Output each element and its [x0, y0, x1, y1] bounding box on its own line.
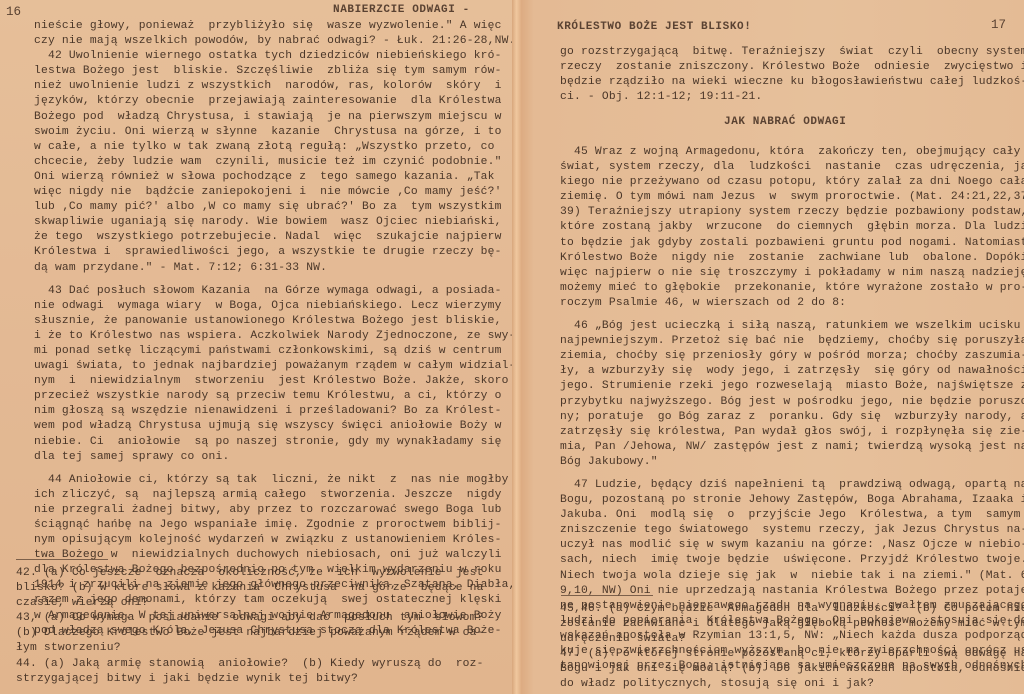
study-questions: 42. (a) Co jeszcze oznacza okoliczność, … [16, 566, 484, 687]
text-line: 45,46. (a) Czym będzie Armagedon dla lud… [560, 602, 1024, 617]
text-line: nie odwagi wymaga wiary w Boga, Ojca nie… [34, 299, 516, 314]
text-line: nym i niewidzialnym stworzeniu jest Król… [34, 374, 516, 389]
text-line: go rozstrzygającą bitwę. Teraźniejszy św… [560, 45, 1024, 60]
text-line: lub ‚Co mamy pić?' albo ‚W co mamy się u… [34, 200, 516, 215]
text-line: kiego nie przeżywano od czasu potopu, kt… [560, 175, 1024, 190]
text-line: zniszczenie tego światowego systemu rzec… [560, 523, 1024, 538]
text-line: Niech twoja wola dzieje się jak w niebie… [560, 569, 1024, 584]
text-line: nim głoszą są wszędzie nienawidzeni i pr… [34, 404, 516, 419]
text-line: w całe, a nie tylko w tak zwaną złotą re… [34, 140, 516, 155]
text-line: (b) Dlaczego Królestwo Boże jest najbard… [16, 626, 484, 641]
right-page: KRÓLESTWO BOŻE JEST BLISKO! 17 go rozstr… [516, 0, 1024, 694]
body-text: nieście głowy, ponieważ przybliżyło się … [34, 19, 516, 639]
text-line: zostanie zachwiane i dlatego jaką głębok… [560, 617, 1024, 632]
text-line: ściągnąć hańbę na Jego wspaniałe imię. Z… [34, 518, 516, 533]
text-line: 43, (a) Co wymaga posiadanie odwagi aby … [16, 611, 484, 626]
text-line: Bogu i jak oni się modlą? (b) Do jakich … [560, 662, 1024, 677]
text-line: Jakuba. Oni modlą się o przyjście Jego K… [560, 508, 1024, 523]
text-line: które zostaną jakby wrzucone do ciemnych… [560, 220, 1024, 235]
text-line: przecież wszystkie narody są przeciw tem… [34, 389, 516, 404]
text-line: ich zliczyć, są najlepszą armią całego s… [34, 488, 516, 503]
text-line: 47. (a) Po której stronie pozostaną ci, … [560, 647, 1024, 662]
text-line: łym stworzeniu? [16, 641, 484, 656]
text-line: 9,10, NW) Oni nie uprzedzają nastania Kr… [560, 584, 1024, 599]
text-line: słusznie, że panowanie ustanowionego Kró… [34, 314, 516, 329]
footnote-divider [561, 595, 653, 596]
text-line: uwagi świata, to jednak najbardziej powa… [34, 359, 516, 374]
page-number: 16 [6, 5, 21, 19]
text-line: więc najpierw o nie się troszczymy i pok… [560, 266, 1024, 281]
text-line: nieście głowy, ponieważ przybliżyło się … [34, 19, 516, 34]
text-line: jego. Strumienie rzeki jego rozweselają … [560, 379, 1024, 394]
text-line: skwapliwie uganiają się narody. Wie bowi… [34, 215, 516, 230]
text-line: 46 „Bóg jest ucieczką i siłą naszą, ratu… [560, 319, 1024, 334]
text-line: zatrzęsły się królestwa, Pan wydał głos … [560, 425, 1024, 440]
text-line: ziemia, choćby się przeniosły góry w poś… [560, 349, 1024, 364]
text-line: najpewniejszym. Przetoż się bać nie będz… [560, 334, 1024, 349]
text-line: mia, Pan /Jehowa, NW/ zastępów jest z na… [560, 440, 1024, 455]
text-line: przybytku najwyższego. Bóg jest w pośrod… [560, 395, 1024, 410]
text-line: ny; poratuje go Bóg zaraz z poranku. Gdy… [560, 410, 1024, 425]
text-line: czy nie mają wszelkich powodów, by nabra… [34, 34, 516, 49]
text-line: uczył nas modlić się w swym kazaniu na g… [560, 538, 1024, 553]
text-line: nież uwolnienie ludzi z wszystkich narod… [34, 79, 516, 94]
text-line: lestwa Bożego jest bliskie. Szczęśliwie … [34, 64, 516, 79]
text-line: dą wam przydane." - Mat. 7:12; 6:31-33 N… [34, 261, 516, 276]
binding-gutter [512, 0, 522, 694]
text-line: języków, którzy obecnie przejawiają zain… [34, 94, 516, 109]
text-line: Oni wierzą również w słowa pochodzące z … [34, 170, 516, 185]
text-line: chcecie, żeby ludzie wam czynili, musici… [34, 155, 516, 170]
section-title: JAK NABRAĆ ODWAGI [724, 116, 846, 128]
text-line: czasie, wierzą oni? [16, 596, 484, 611]
text-line: Bożego pod władzą Chrystusa, i stawiają … [34, 110, 516, 125]
text-line: 47 Ludzie, będący dziś napełnieni tą pra… [560, 478, 1024, 493]
text-line [560, 470, 1024, 478]
left-page: 16 NABIERZCIE ODWAGI - nieście głowy, po… [0, 0, 516, 694]
text-line: rzeczy zostanie zniszczony. Królestwo Bo… [560, 60, 1024, 75]
text-line: strzygającej bitwy i jaki będzie wynik t… [16, 672, 484, 687]
text-line: ły, a wzburzyły się wody jego, i zatrzęs… [560, 364, 1024, 379]
text-line: do władz politycznych, stosują się oni i… [560, 677, 1024, 692]
page-number: 17 [991, 18, 1006, 32]
text-line: nym opisującym kolejność wydarzeń w zwią… [34, 533, 516, 548]
text-line: sach, niech imię twoje będzie uświęcone.… [560, 553, 1024, 568]
text-line: udręczeniu świata? [560, 632, 1024, 647]
text-line: mi ponad setkę liczącymi państwami człon… [34, 344, 516, 359]
text-line [34, 465, 516, 473]
text-line: 42 Uwolnienie wiernego ostatka tych dzie… [34, 49, 516, 64]
text-line: ziemię. O tym mówi nam Jezus w swym pror… [560, 190, 1024, 205]
text-line: to będzie jak gdyby zostali pozbawieni g… [560, 236, 1024, 251]
text-line [560, 311, 1024, 319]
text-line: będzie rządziło na wieki wieczne ku błog… [560, 75, 1024, 90]
text-line: więc nigdy nie bądźcie zaniepokojeni i n… [34, 185, 516, 200]
text-line: nie przegrali żadnej bitwy, aby przez to… [34, 503, 516, 518]
text-line: twa Bożego w niewidzialnych duchowych ni… [34, 548, 516, 563]
text-line: i że to Królestwo nas wspiera. Aczkolwie… [34, 329, 516, 344]
text-line: roczym Psalmie 46, w wierszach od 2 do 8… [560, 296, 1024, 311]
text-line: możemy mieć to głębokie przekonanie, któ… [560, 281, 1024, 296]
text-line: 44. (a) Jaką armię stanowią aniołowie? (… [16, 657, 484, 672]
text-line: swoim życiu. Oni wierzą w słynne kazanie… [34, 125, 516, 140]
text-line: że tego wszystkiego potrzebujecie. Nadal… [34, 230, 516, 245]
intro-text: go rozstrzygającą bitwę. Teraźniejszy św… [560, 45, 1024, 105]
text-line: Królestwa i sprawiedliwości jego, a wszy… [34, 245, 516, 260]
text-line: blisko? (b) W które słowa z kazania Chry… [16, 581, 484, 596]
text-line: wem pod władzą Chrystusa ujmują się wszy… [34, 419, 516, 434]
footnote-divider [16, 559, 108, 560]
text-line: Bóg Jakubowy." [560, 455, 1024, 470]
text-line: 44 Aniołowie ci, którzy są tak liczni, ż… [34, 473, 516, 488]
text-line: 43 Dać posłuch słowom Kazania na Górze w… [34, 284, 516, 299]
text-line: dla tej samej sprawy co oni. [34, 450, 516, 465]
booklet-spread: 16 NABIERZCIE ODWAGI - nieście głowy, po… [0, 0, 1024, 694]
text-line: 45 Wraz z wojną Armagedonu, która zakońc… [560, 145, 1024, 160]
text-line: Królestwo Boże nigdy nie zostanie zachwi… [560, 251, 1024, 266]
running-header: KRÓLESTWO BOŻE JEST BLISKO! [557, 21, 751, 33]
text-line: ci. - Obj. 12:1-12; 19:11-21. [560, 90, 1024, 105]
text-line: 39) Teraźniejszy utrapiony system rzeczy… [560, 205, 1024, 220]
study-questions: 45,46. (a) Czym będzie Armagedon dla lud… [560, 602, 1024, 693]
running-header: NABIERZCIE ODWAGI - [333, 4, 470, 16]
text-line [34, 276, 516, 284]
text-line: Bogu, pozostaną po stronie Jehowy Zastęp… [560, 493, 1024, 508]
text-line: niebie. Ci aniołowie są po naszej stroni… [34, 435, 516, 450]
text-line: 42. (a) Co jeszcze oznacza okoliczność, … [16, 566, 484, 581]
text-line: świat, system rzeczy, dla ludzkości nast… [560, 160, 1024, 175]
